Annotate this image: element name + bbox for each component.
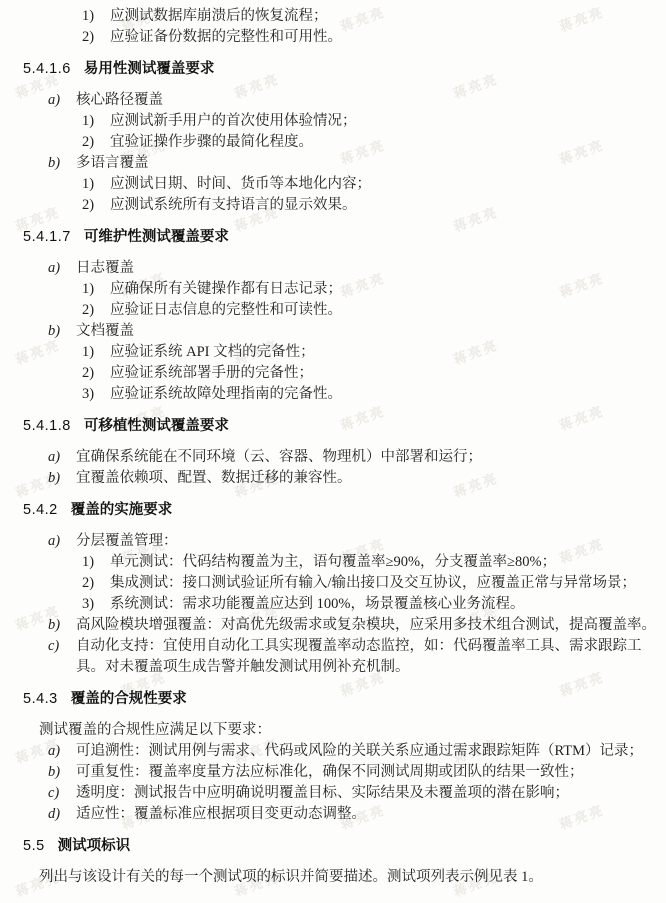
list-marker: b)	[48, 762, 60, 783]
heading-number: 5.4.2	[23, 502, 58, 518]
heading-number: 5.4.1.6	[23, 61, 71, 77]
list-item: 3) 应验证系统故障处理指南的完备性。	[0, 384, 658, 405]
heading-number: 5.4.1.8	[23, 418, 71, 434]
list-item: 1) 应验证系统 API 文档的完备性；	[0, 342, 658, 363]
list-item: c) 自动化支持：宜使用自动化工具实现覆盖率动态监控，如：代码覆盖率工具、需求跟…	[0, 636, 658, 678]
list-item-text: 系统测试：需求功能覆盖应达到 100%，场景覆盖核心业务流程。	[110, 596, 524, 612]
list-marker: 2)	[82, 195, 94, 216]
list-item: c) 透明度：测试报告中应明确说明覆盖目标、实际结果及未覆盖项的潜在影响；	[0, 783, 658, 804]
list-marker: 2)	[82, 573, 94, 594]
list-item: 2) 应验证备份数据的完整性和可用性。	[0, 27, 658, 48]
list-marker: d)	[48, 804, 60, 825]
list-item-text: 应测试数据库崩溃后的恢复流程；	[110, 8, 328, 24]
list-marker: c)	[48, 636, 59, 657]
list-item: a) 可追溯性：测试用例与需求、代码或风险的关联关系应通过需求跟踪矩阵（RTM）…	[0, 741, 658, 762]
list-item-text: 宜覆盖依赖项、配置、数据迁移的兼容性。	[76, 470, 352, 486]
list-item: a) 宜确保系统能在不同环境（云、容器、物理机）中部署和运行；	[0, 447, 658, 468]
heading-5-4-2: 5.4.2覆盖的实施要求	[23, 499, 658, 521]
list-item-text: 单元测试：代码结构覆盖为主，语句覆盖率≥90%，分支覆盖率≥80%；	[110, 554, 556, 570]
list-marker: 2)	[82, 132, 94, 153]
list-marker: b)	[48, 321, 60, 342]
list-marker: b)	[48, 468, 60, 489]
list-marker: 2)	[82, 300, 94, 321]
list-marker: b)	[48, 153, 60, 174]
list-item-text: 文档覆盖	[76, 323, 134, 339]
list-item-text: 多语言覆盖	[76, 155, 149, 171]
list-item-text: 分层覆盖管理：	[76, 533, 178, 549]
list-item-text: 可追溯性：测试用例与需求、代码或风险的关联关系应通过需求跟踪矩阵（RTM）记录；	[76, 743, 643, 759]
list-item-text: 核心路径覆盖	[76, 92, 163, 108]
list-item: 1) 单元测试：代码结构覆盖为主，语句覆盖率≥90%，分支覆盖率≥80%；	[0, 552, 658, 573]
list-marker: 1)	[82, 6, 94, 27]
list-item-text: 宜验证操作步骤的最简化程度。	[110, 134, 313, 150]
list-item: 2) 应测试系统所有支持语言的显示效果。	[0, 195, 658, 216]
list-item: 2) 应验证系统部署手册的完备性；	[0, 363, 658, 384]
list-marker: 2)	[82, 363, 94, 384]
list-item: 1) 应测试新手用户的首次使用体验情况；	[0, 111, 658, 132]
list-item-text: 适应性：覆盖标准应根据项目变更动态调整。	[76, 806, 366, 822]
heading-5-4-1-7: 5.4.1.7可维护性测试覆盖要求	[23, 226, 658, 248]
list-item-text: 应测试新手用户的首次使用体验情况；	[110, 113, 357, 129]
heading-5-4-1-8: 5.4.1.8可移植性测试覆盖要求	[23, 415, 658, 437]
list-item: 2) 集成测试：接口测试验证所有输入/输出接口及交互协议，应覆盖正常与异常场景；	[0, 573, 658, 594]
heading-5-4-3: 5.4.3覆盖的合规性要求	[23, 688, 658, 710]
paragraph: 列出与该设计有关的每一个测试项的标识并简要描述。测试项列表示例见表 1。	[23, 867, 658, 888]
list-item: b) 多语言覆盖	[0, 153, 658, 174]
list-marker: b)	[48, 615, 60, 636]
heading-title: 覆盖的合规性要求	[71, 691, 187, 707]
list-marker: a)	[48, 531, 60, 552]
paragraph: 测试覆盖的合规性应满足以下要求：	[23, 720, 658, 741]
list-marker: 1)	[82, 342, 94, 363]
list-item-text: 可重复性：覆盖率度量方法应标准化，确保不同测试周期或团队的结果一致性；	[76, 764, 584, 780]
list-item: b) 可重复性：覆盖率度量方法应标准化，确保不同测试周期或团队的结果一致性；	[0, 762, 658, 783]
list-item: a) 日志覆盖	[0, 258, 658, 279]
heading-title: 易用性测试覆盖要求	[84, 61, 215, 77]
list-item-text: 应验证系统部署手册的完备性；	[110, 365, 313, 381]
list-item-text: 应确保所有关键操作都有日志记录；	[110, 281, 342, 297]
document-content: 1) 应测试数据库崩溃后的恢复流程； 2) 应验证备份数据的完整性和可用性。 5…	[0, 0, 666, 888]
list-item: b) 文档覆盖	[0, 321, 658, 342]
list-item: a) 核心路径覆盖	[0, 90, 658, 111]
list-marker: a)	[48, 741, 60, 762]
list-item-text: 集成测试：接口测试验证所有输入/输出接口及交互协议，应覆盖正常与异常场景；	[110, 575, 636, 591]
heading-5-4-1-6: 5.4.1.6易用性测试覆盖要求	[23, 58, 658, 80]
heading-title: 覆盖的实施要求	[71, 502, 173, 518]
list-item: 1) 应测试数据库崩溃后的恢复流程；	[0, 6, 658, 27]
heading-number: 5.4.1.7	[23, 229, 71, 245]
list-item-text: 应验证备份数据的完整性和可用性。	[110, 29, 342, 45]
heading-number: 5.5	[23, 838, 45, 854]
list-item: 2) 宜验证操作步骤的最简化程度。	[0, 132, 658, 153]
list-item: b) 高风险模块增强覆盖：对高优先级需求或复杂模块，应采用多技术组合测试，提高覆…	[0, 615, 658, 636]
list-item-text: 应验证系统故障处理指南的完备性。	[110, 386, 342, 402]
list-item: 1) 应确保所有关键操作都有日志记录；	[0, 279, 658, 300]
list-item-text: 应测试日期、时间、货币等本地化内容；	[110, 176, 371, 192]
heading-number: 5.4.3	[23, 691, 58, 707]
heading-title: 测试项标识	[58, 838, 131, 854]
heading-title: 可维护性测试覆盖要求	[84, 229, 229, 245]
list-item-text: 宜确保系统能在不同环境（云、容器、物理机）中部署和运行；	[76, 449, 482, 465]
list-item: b) 宜覆盖依赖项、配置、数据迁移的兼容性。	[0, 468, 658, 489]
list-item: 2) 应验证日志信息的完整性和可读性。	[0, 300, 658, 321]
list-item: a) 分层覆盖管理：	[0, 531, 658, 552]
list-item: d) 适应性：覆盖标准应根据项目变更动态调整。	[0, 804, 658, 825]
list-item-text: 应验证日志信息的完整性和可读性。	[110, 302, 342, 318]
list-marker: 2)	[82, 27, 94, 48]
list-item-text: 应验证系统 API 文档的完备性；	[110, 344, 315, 360]
list-marker: 1)	[82, 552, 94, 573]
list-marker: c)	[48, 783, 59, 804]
list-marker: a)	[48, 258, 60, 279]
list-marker: a)	[48, 90, 60, 111]
heading-title: 可移植性测试覆盖要求	[84, 418, 229, 434]
list-item-text: 应测试系统所有支持语言的显示效果。	[110, 197, 357, 213]
list-item: 1) 应测试日期、时间、货币等本地化内容；	[0, 174, 658, 195]
heading-5-5: 5.5测试项标识	[23, 835, 658, 857]
list-marker: 3)	[82, 384, 94, 405]
list-item: 3) 系统测试：需求功能覆盖应达到 100%，场景覆盖核心业务流程。	[0, 594, 658, 615]
document-page: 蒋亮亮蒋亮亮蒋亮亮蒋亮亮蒋亮亮蒋亮亮蒋亮亮蒋亮亮蒋亮亮蒋亮亮蒋亮亮蒋亮亮蒋亮亮蒋…	[0, 0, 666, 903]
list-marker: 1)	[82, 111, 94, 132]
list-item-text: 高风险模块增强覆盖：对高优先级需求或复杂模块，应采用多技术组合测试，提高覆盖率。	[76, 617, 656, 633]
list-marker: 1)	[82, 174, 94, 195]
list-marker: 1)	[82, 279, 94, 300]
list-item-text: 透明度：测试报告中应明确说明覆盖目标、实际结果及未覆盖项的潜在影响；	[76, 785, 569, 801]
list-marker: 3)	[82, 594, 94, 615]
list-item-text: 日志覆盖	[76, 260, 134, 276]
list-marker: a)	[48, 447, 60, 468]
list-item-text: 自动化支持：宜使用自动化工具实现覆盖率动态监控，如：代码覆盖率工具、需求跟踪工具…	[76, 638, 642, 675]
